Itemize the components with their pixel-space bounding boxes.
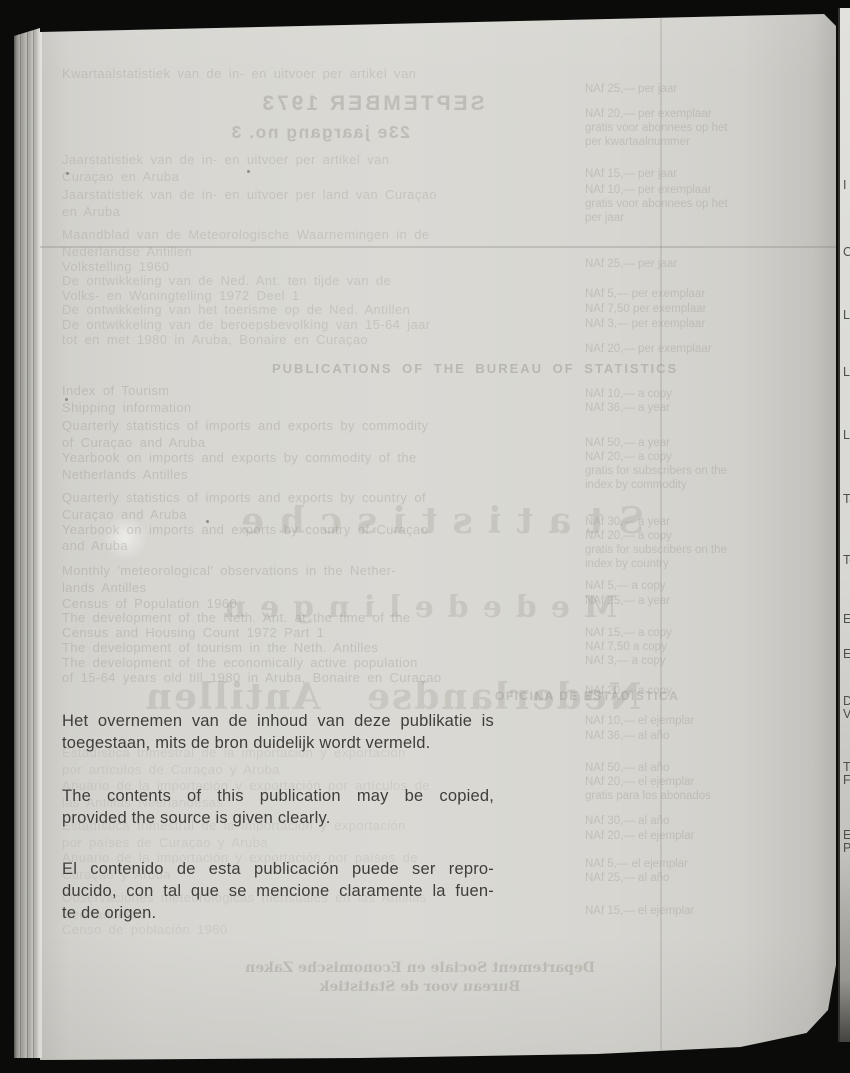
ghost-price-line: NAf 30,— al año bbox=[585, 815, 669, 827]
ghost-price-line: NAf 7,50 a copy bbox=[585, 641, 667, 653]
next-page-edge: ICLLiLiTaToExExDeVoTheForEl pPar bbox=[838, 8, 850, 1042]
ghost-price-line: NAf 15,— el ejemplar bbox=[585, 905, 694, 917]
ghost-price-line: NAf 7,50 per exemplaar bbox=[585, 303, 706, 315]
ghost-price-line: NAf 10,— per exemplaar bbox=[585, 184, 712, 196]
copyright-notice-dutch: Het overnemen van de inhoud van deze pub… bbox=[62, 710, 494, 754]
ghost-price-line: gratis voor abonnees op het bbox=[585, 122, 728, 134]
ghost-price-line: NAf 36,— a year bbox=[585, 402, 670, 414]
ghost-price-line: NAf 50,— al año bbox=[585, 762, 669, 774]
ghost-catalog-line: The development of the Neth. Ant. at the… bbox=[62, 610, 411, 625]
copyright-notice-spanish: El contenido de esta publicación puede s… bbox=[62, 858, 494, 924]
edge-text-fragment: Li bbox=[843, 365, 850, 379]
ghost-price-line: NAf 20,— a copy bbox=[585, 685, 672, 697]
edge-text-fragment: Ta bbox=[843, 492, 850, 506]
ghost-catalog-line: tot en met 1980 in Aruba, Bonaire en Cur… bbox=[62, 332, 368, 347]
page-edge-line bbox=[20, 22, 21, 1058]
ghost-price-line: NAf 20,— per exemplaar bbox=[585, 343, 712, 355]
notice-line: toegestaan, mits de bron duidelijk wordt… bbox=[62, 732, 494, 754]
copyright-notice-english: The contents of this publication may be … bbox=[62, 785, 494, 829]
ghost-price-line: index by country bbox=[585, 558, 669, 570]
ghost-price-line: per kwartaalnummer bbox=[585, 136, 690, 148]
edge-text-fragment: Ex bbox=[843, 647, 850, 661]
ghost-catalog-line: Nederlandse Antillen bbox=[62, 244, 192, 259]
edge-text-fragment: I bbox=[843, 178, 846, 192]
ghost-catalog-line: Kwartaalstatistiek van de in- en uitvoer… bbox=[62, 66, 416, 81]
ghost-price-line: index by commodity bbox=[585, 479, 687, 491]
ghost-catalog-line: Maandblad van de Meteorologische Waarnem… bbox=[62, 227, 429, 242]
edge-text-fragment: El p bbox=[843, 828, 850, 842]
ghost-price-line: gratis voor abonnees op het bbox=[585, 198, 728, 210]
ghost-catalog-line: Netherlands Antilles bbox=[62, 467, 188, 482]
edge-text-fragment: C bbox=[843, 245, 850, 259]
ghost-price-line: NAf 5,— el ejemplar bbox=[585, 858, 688, 870]
ghost-issue-number-mirrored: 23e jaargang no. 3 bbox=[185, 122, 455, 143]
ghost-price-line: per jaar bbox=[585, 212, 624, 224]
ghost-catalog-line: Yearbook on imports and exports by count… bbox=[62, 522, 428, 537]
ghost-catalog-line: Jaarstatistiek van de in- en uitvoer per… bbox=[62, 187, 437, 202]
ghost-issue-month-mirrored: SEPTEMBER 1973 bbox=[237, 92, 507, 116]
ghost-price-line: NAf 20,— a copy bbox=[585, 530, 672, 542]
ghost-price-line: NAf 25,— a year bbox=[585, 595, 670, 607]
ghost-catalog-line: Monthly 'meteorological' observations in… bbox=[62, 563, 396, 578]
ghost-price-line: NAf 3,— a copy bbox=[585, 655, 666, 667]
ghost-price-line: NAf 10,— el ejemplar bbox=[585, 715, 694, 727]
ghost-price-line: NAf 36,— al año bbox=[585, 730, 669, 742]
edge-text-fragment: The bbox=[843, 760, 850, 774]
ghost-catalog-line: The development of tourism in the Neth. … bbox=[62, 640, 378, 655]
ghost-catalog-line: De ontwikkeling van de beroepsbevolking … bbox=[62, 317, 431, 332]
ghost-publications-heading: PUBLICATIONS OF THE BUREAU OF STATISTICS bbox=[272, 361, 678, 376]
ghost-catalog-line: Quarterly statistics of imports and expo… bbox=[62, 418, 428, 433]
ghost-catalog-line: of 15-64 years old till 1980 in Aruba, B… bbox=[62, 670, 441, 685]
notice-line: El contenido de esta publicación puede s… bbox=[62, 858, 494, 880]
edge-text-fragment: To bbox=[843, 553, 850, 567]
ghost-price-line: gratis for subscribers on the bbox=[585, 465, 727, 477]
ghost-price-line: gratis para los abonados bbox=[585, 790, 711, 802]
ghost-catalog-line: Index of Tourism bbox=[62, 383, 170, 398]
ghost-catalog-line: Curaçao and Aruba bbox=[62, 507, 187, 522]
edge-text-fragment: Par bbox=[843, 841, 850, 855]
ghost-price-line: NAf 30,— a year bbox=[585, 516, 670, 528]
ghost-price-line: NAf 15,— a copy bbox=[585, 627, 672, 639]
ghost-price-line: gratis for subscribers on the bbox=[585, 544, 727, 556]
edge-text-fragment: For bbox=[843, 773, 850, 787]
ghost-price-line: NAf 50,— a year bbox=[585, 437, 670, 449]
ghost-catalog-line: Quarterly statistics of imports and expo… bbox=[62, 490, 426, 505]
ghost-catalog-line: lands Antilles bbox=[62, 580, 146, 595]
ghost-catalog-line: Curaçao en Aruba bbox=[62, 169, 179, 184]
ghost-price-line: NAf 25,— per jaar bbox=[585, 258, 677, 270]
notice-line: The contents of this publication may be … bbox=[62, 785, 494, 807]
ghost-price-line: NAf 20,— el ejemplar bbox=[585, 830, 694, 842]
document-page: SEPTEMBER 1973 23e jaargang no. 3 PUBLIC… bbox=[40, 10, 836, 1060]
ghost-catalog-line: Volkstelling 1960 bbox=[62, 259, 169, 274]
ghost-catalog-line: Census of Population 1960 bbox=[62, 596, 237, 611]
ghost-catalog-line: Census and Housing Count 1972 Part 1 bbox=[62, 625, 324, 640]
scanned-page-background: SEPTEMBER 1973 23e jaargang no. 3 PUBLIC… bbox=[0, 0, 850, 1073]
ghost-catalog-line: Jaarstatistiek van de in- en uitvoer per… bbox=[62, 152, 389, 167]
ghost-footer-bureau-mirrored: Bureau voor de Statistiek bbox=[220, 979, 620, 995]
notice-line: Het overnemen van de inhoud van deze pub… bbox=[62, 710, 494, 732]
edge-text-fragment: Ex bbox=[843, 612, 850, 626]
ghost-price-line: NAf 20,— per exemplaar bbox=[585, 108, 712, 120]
ghost-catalog-line: Shipping information bbox=[62, 400, 192, 415]
ghost-price-line: NAf 20,— el ejemplar bbox=[585, 776, 694, 788]
ghost-price-line: NAf 10,— a copy bbox=[585, 388, 672, 400]
ghost-price-line: NAf 3,— per exemplaar bbox=[585, 318, 705, 330]
edge-text-fragment: De bbox=[843, 694, 850, 708]
ghost-price-line: NAf 25,— per jaar bbox=[585, 83, 677, 95]
ghost-catalog-line: The development of the economically acti… bbox=[62, 655, 418, 670]
ghost-catalog-line: en Aruba bbox=[62, 204, 120, 219]
ghost-price-line: NAf 5,— per exemplaar bbox=[585, 288, 705, 300]
ghost-catalog-line: Volks- en Woningtelling 1972 Deel 1 bbox=[62, 288, 300, 303]
edge-text-fragment: Li bbox=[843, 428, 850, 442]
ghost-catalog-line: and Aruba bbox=[62, 538, 128, 553]
notice-line: ducido, con tal que se mencione claramen… bbox=[62, 880, 494, 902]
page-edge-line bbox=[33, 22, 34, 1058]
notice-line: provided the source is given clearly. bbox=[62, 807, 494, 829]
ghost-catalog-line: por artículos de Curaçao y Aruba bbox=[62, 762, 280, 777]
ghost-catalog-line: Censo de población 1960 bbox=[62, 922, 228, 937]
edge-text-fragment: L bbox=[843, 308, 850, 322]
ghost-catalog-line: por países de Curaçao y Aruba bbox=[62, 835, 268, 850]
ghost-catalog-line: Yearbook on imports and exports by commo… bbox=[62, 450, 417, 465]
ghost-footer-department-mirrored: Departement Sociale en Economische Zaken bbox=[220, 960, 620, 976]
ghost-price-line: NAf 5,— a copy bbox=[585, 580, 666, 592]
page-edge-line bbox=[27, 22, 28, 1058]
edge-text-fragment: Vo bbox=[843, 707, 850, 721]
notice-line: te de origen. bbox=[62, 902, 494, 924]
ghost-price-line: NAf 20,— a copy bbox=[585, 451, 672, 463]
ghost-price-line: NAf 25,— al año bbox=[585, 872, 669, 884]
ghost-price-line: NAf 15,— per jaar bbox=[585, 168, 677, 180]
dust-speck bbox=[247, 170, 250, 173]
book-binding-page-edges bbox=[14, 22, 40, 1058]
ghost-catalog-line: of Curaçao and Aruba bbox=[62, 435, 205, 450]
ghost-catalog-line: De ontwikkeling van het toerisme op de N… bbox=[62, 302, 410, 317]
ghost-catalog-line: De ontwikkeling van de Ned. Ant. ten tij… bbox=[62, 273, 391, 288]
